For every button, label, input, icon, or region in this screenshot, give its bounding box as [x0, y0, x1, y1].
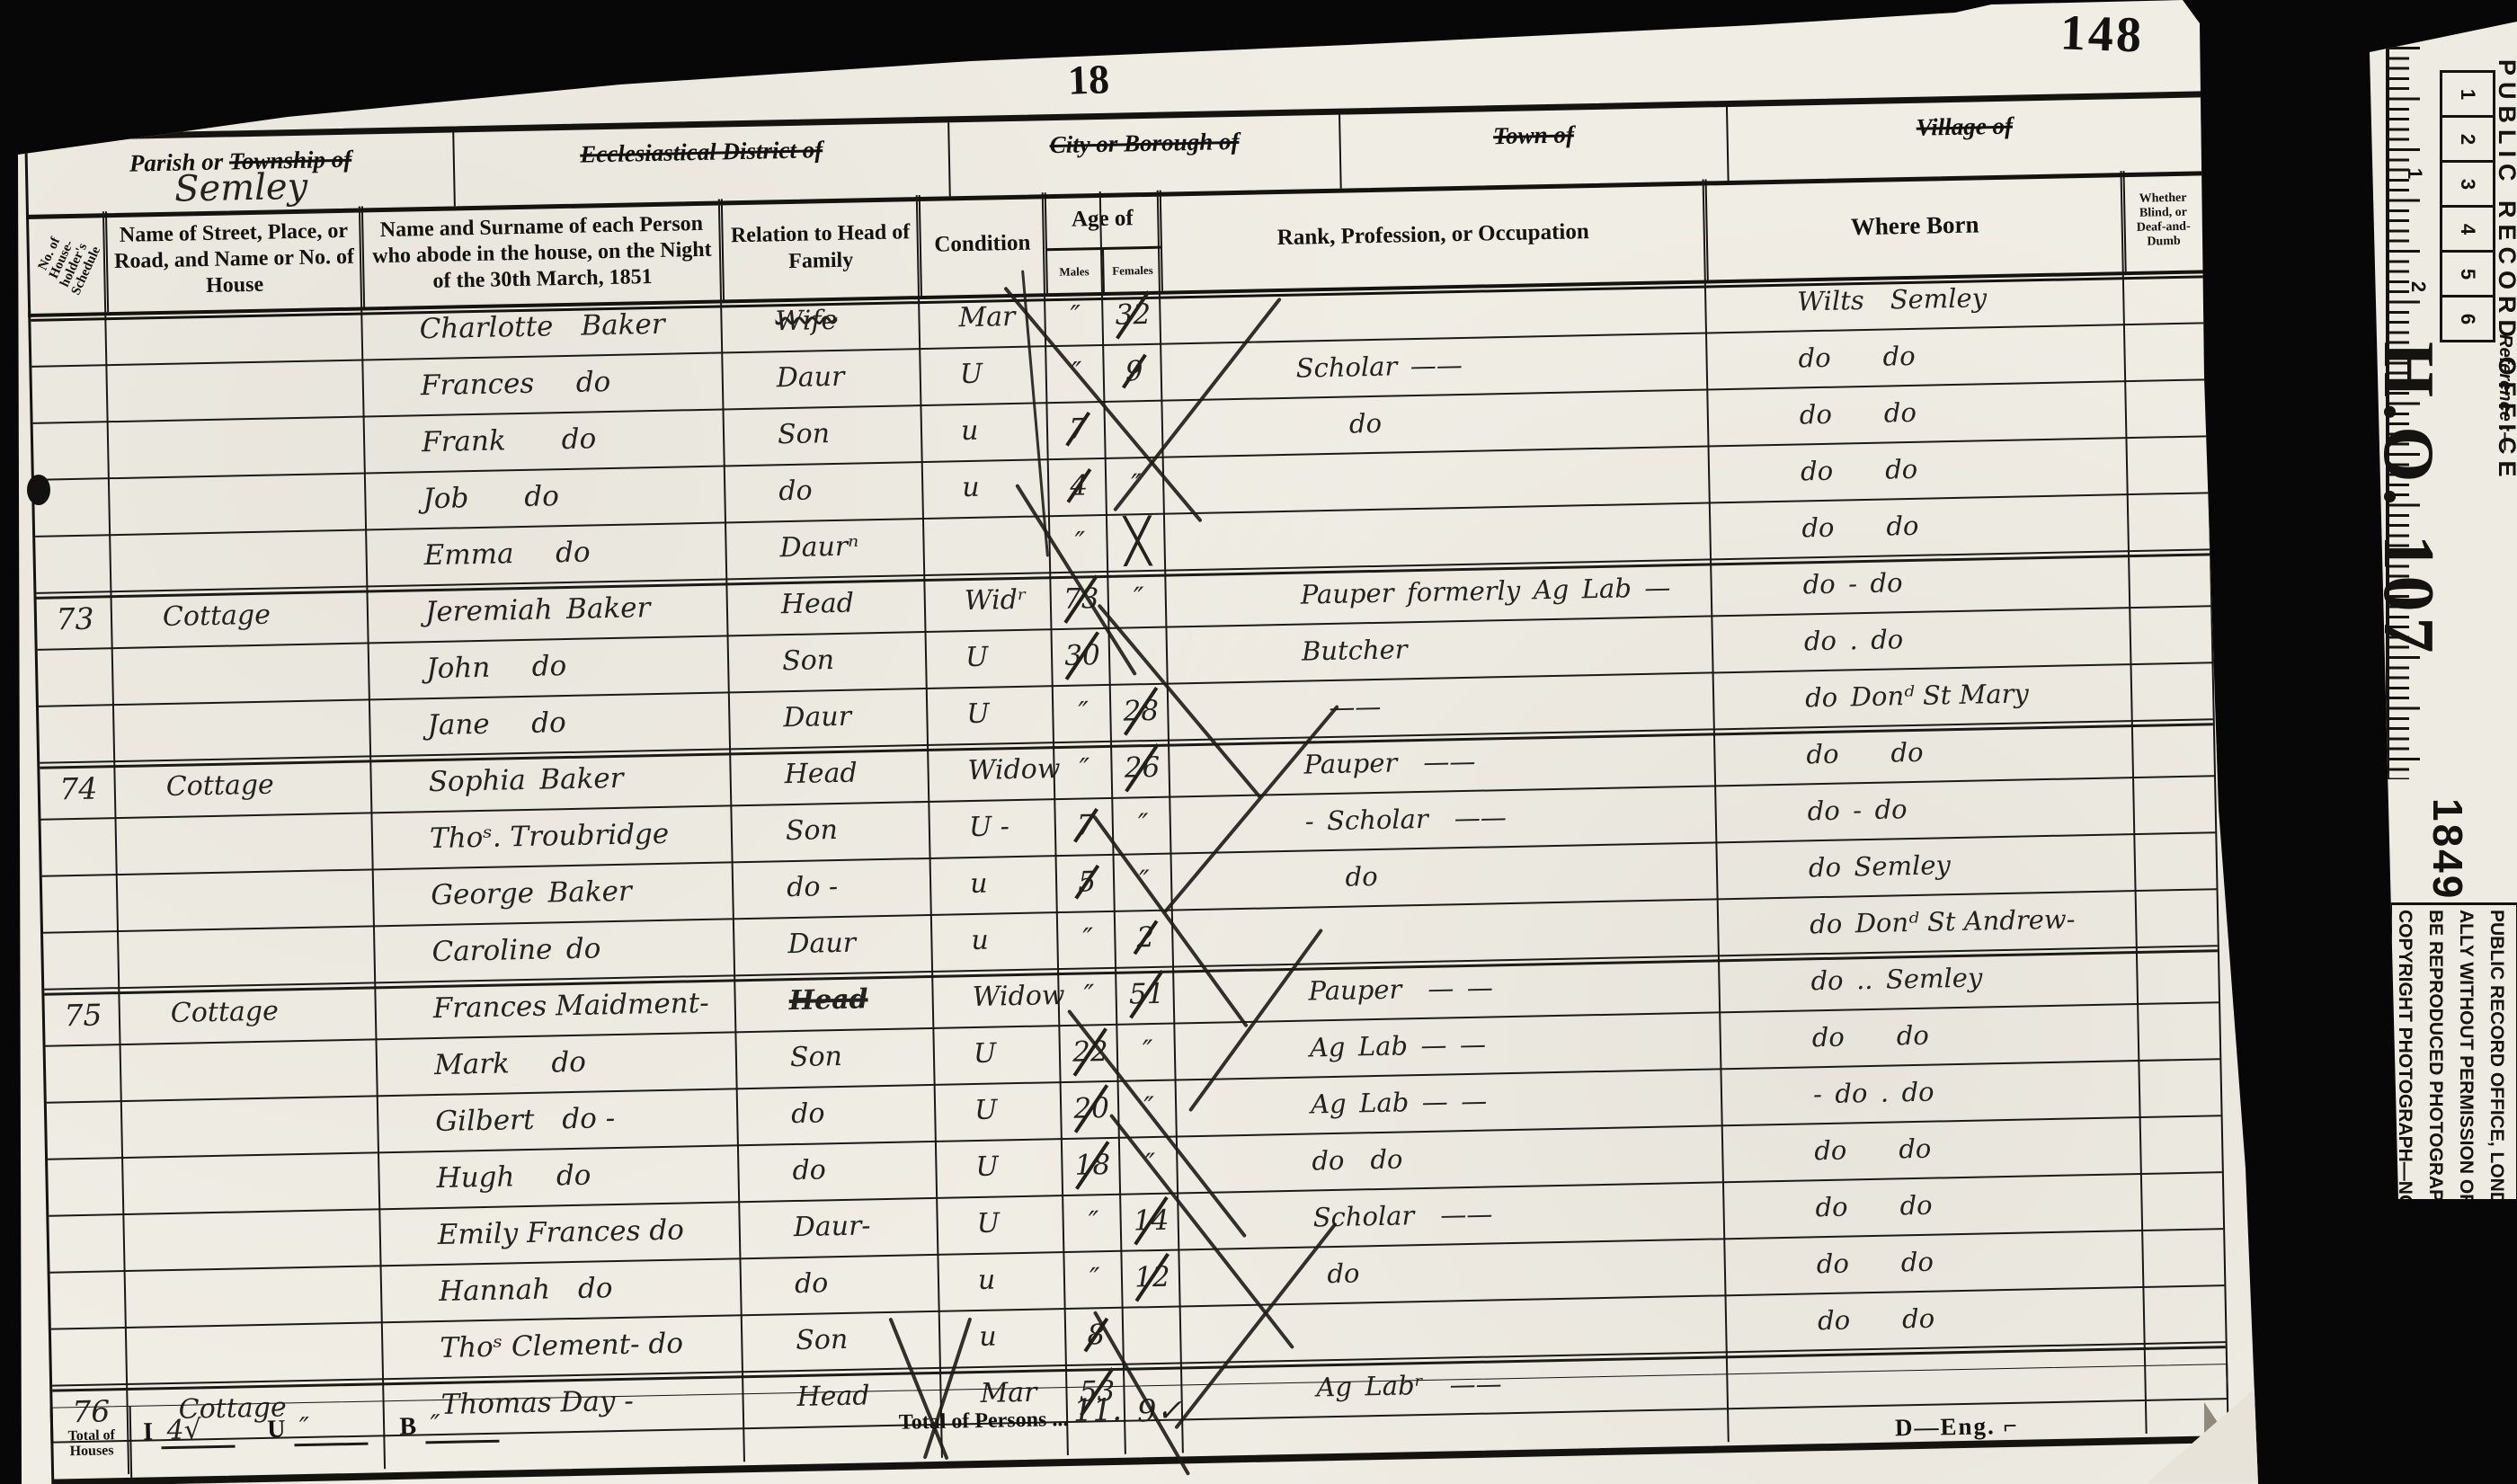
page-curl [2147, 1382, 2262, 1483]
age-males: ″ [1060, 969, 1118, 1025]
occupation: Butcher [1168, 617, 1714, 682]
person-name: Caroline do [376, 920, 736, 982]
ruler-inch-2: 2 [2406, 281, 2430, 292]
schedule-number [47, 1102, 124, 1159]
where-born: do do [1728, 1288, 2147, 1351]
relation-to-head: Son [743, 1312, 942, 1371]
pro-reference-strip: 1 2 123456 PUBLIC RECORD OFFICE Referenc… [2362, 20, 2517, 1199]
blind-deaf [2127, 380, 2205, 437]
occupation [1161, 277, 1708, 342]
age-females: 32 [1104, 289, 1162, 344]
age-males: 73 [1052, 573, 1110, 628]
schedule-number [38, 649, 115, 706]
age-males: 18 [1063, 1139, 1122, 1195]
copyright-text: PUBLIC RECORD OFFICE, LONDONALLY WITHOUT… [2389, 910, 2512, 1197]
blind-deaf [2143, 1173, 2221, 1230]
header-born: Where Born [1705, 171, 2127, 280]
person-name: Sophia Baker [372, 750, 733, 812]
house-name: Cottage [120, 983, 378, 1044]
where-born: do do [1726, 1231, 2145, 1294]
blind-deaf [2138, 890, 2216, 946]
person-name: Emily Frances do [381, 1203, 742, 1265]
building-label: B [399, 1413, 416, 1441]
relation-to-head: Son [730, 633, 929, 691]
age-males: 30 [1053, 629, 1111, 685]
occupation: Pauper formerly Ag Lab — [1167, 560, 1713, 626]
age-females: 51 [1117, 968, 1176, 1024]
house-name [110, 417, 367, 477]
where-born: do - do [1717, 778, 2136, 841]
age-males: ″ [1046, 289, 1105, 345]
occupation: Ag Lab — — [1176, 1013, 1722, 1079]
age-males: ″ [1047, 346, 1106, 402]
person-name: Frances do [364, 353, 725, 415]
house-name [123, 1097, 380, 1157]
condition: Widʳ [926, 573, 1053, 631]
header-condition: Condition [919, 192, 1048, 296]
schedule-number [35, 536, 112, 595]
condition: U [935, 1026, 1062, 1084]
house-name: Cottage [116, 757, 373, 817]
relation-to-head: Daur [724, 350, 922, 408]
schedule-number [42, 875, 120, 932]
scale-box: 5 [2440, 250, 2495, 295]
header-relation: Relation to Head of Family [721, 195, 922, 299]
region-label-struck: Ecclesiastical District of [580, 136, 823, 167]
relation-to-head: Head [728, 576, 927, 635]
schedule-number [31, 366, 109, 422]
schedule-number [34, 479, 111, 536]
reference-label: Reference :— [2495, 334, 2515, 450]
condition: U [921, 347, 1048, 404]
age-males: 4 [1050, 459, 1108, 515]
age-females: 12 [1123, 1250, 1181, 1306]
where-born: - do . do [1722, 1062, 2141, 1124]
schedule-number [41, 819, 119, 875]
age-females: ″ [1107, 458, 1166, 514]
relation-to-head: Daurⁿ [727, 520, 926, 581]
house-name [108, 360, 365, 421]
census-page: 18 148 D—Eng. ⌐ Parish or Township of Se… [0, 0, 2299, 1484]
total-persons-label: Total of Persons ... [867, 1407, 1100, 1435]
blind-deaf [2126, 324, 2204, 380]
house-name [125, 1210, 382, 1270]
blind-deaf [2139, 1003, 2218, 1060]
age-males: ″ [1055, 742, 1114, 798]
blind-deaf [2140, 1060, 2219, 1116]
person-name: George Baker [375, 863, 735, 925]
relation-to-head: Head [736, 973, 935, 1031]
condition: U [929, 687, 1055, 744]
schedule-number [51, 1328, 129, 1385]
where-born: do . do [1713, 609, 2132, 671]
where-born: do do [1708, 325, 2127, 388]
building-value: ″ [424, 1408, 499, 1444]
person-name: Mark do [378, 1033, 738, 1095]
scale-box: 4 [2440, 205, 2495, 250]
age-females [1125, 1307, 1183, 1363]
relation-to-head: do [740, 1142, 938, 1201]
schedule-number [43, 932, 120, 989]
scan-background: 18 148 D—Eng. ⌐ Parish or Township of Se… [0, 0, 2517, 1484]
house-name [127, 1266, 384, 1327]
where-born: do - do [1712, 552, 2131, 615]
person-name: Emma do [368, 523, 728, 588]
inhabited-value: 4√ [161, 1414, 236, 1450]
header-females: Females [1104, 249, 1161, 292]
schedule-number [46, 1045, 123, 1102]
header-street: Name of Street, Place, or Road, and Name… [105, 206, 365, 312]
age-males: 5 [1058, 856, 1116, 911]
occupation [1182, 1296, 1729, 1362]
condition: U - [930, 800, 1057, 858]
relation-to-head: Son [733, 803, 931, 861]
region-label-struck: Town of [1493, 120, 1574, 149]
schedule-number [48, 1159, 125, 1215]
age-females [1110, 628, 1169, 684]
occupation: —— [1170, 673, 1716, 739]
total-persons-males: 11. [1069, 1392, 1127, 1429]
scale-box: 3 [2440, 160, 2495, 205]
condition: u [933, 913, 1060, 971]
region-label-struck: Village of [1916, 112, 2013, 141]
where-born: do Donᵈ St Andrew- [1720, 892, 2139, 955]
condition: Widow [934, 970, 1061, 1027]
person-name: Thoˢ. Troubridge [373, 806, 734, 868]
blind-deaf [2139, 946, 2217, 1003]
where-born: do Donᵈ St Mary [1715, 665, 2134, 728]
house-name [120, 927, 377, 987]
relation-to-head: Son [737, 1029, 936, 1088]
blind-deaf [2131, 607, 2210, 663]
person-name: Hannah do [383, 1259, 743, 1321]
age-males: 20 [1063, 1082, 1121, 1138]
condition: U [928, 630, 1054, 688]
person-name: Gilbert do - [379, 1089, 740, 1151]
schedule-number: 73 [36, 592, 113, 649]
age-males: ″ [1064, 1195, 1123, 1251]
where-born: do do [1709, 382, 2128, 445]
region-header-cell: Parish or Township of Semley [27, 132, 456, 215]
house-name [124, 1153, 381, 1213]
ruler-inch-1: 1 [2403, 168, 2426, 179]
where-born: do Semley [1718, 835, 2137, 898]
house-name [111, 530, 369, 593]
age-females: 9 [1105, 345, 1163, 401]
where-born: do do [1724, 1118, 2143, 1181]
blind-deaf [2130, 550, 2209, 607]
relation-to-head: Daur [731, 689, 929, 748]
age-females: ″ [1116, 855, 1174, 911]
age-females: 28 [1112, 685, 1170, 741]
census-form: Parish or Township of Semley Ecclesiasti… [24, 91, 2230, 1484]
region-label-struck: City or Borough of [1049, 128, 1239, 158]
census-rows: Charlotte Baker Wife Mar ″ 32 Wilts Seml… [28, 267, 2228, 1443]
age-males: ″ [1051, 516, 1109, 574]
folio-number-top: 18 [1067, 55, 1110, 104]
occupation: Pauper —— [1170, 730, 1717, 795]
scale-box: 1 [2440, 70, 2495, 115]
folio-number-corner: 148 [2059, 4, 2145, 64]
copyright-line: BE REPRODUCED PHOTOGRAPHIC- [2420, 910, 2450, 1197]
occupation: Scholar —— [1162, 333, 1709, 399]
relation-to-head: do [742, 1256, 940, 1314]
occupation: Scholar —— [1179, 1183, 1726, 1249]
scale-box: 2 [2440, 115, 2495, 160]
schedule-number [49, 1215, 126, 1272]
house-name [128, 1323, 385, 1383]
region-header-cell: City or Borough of [949, 115, 1342, 197]
age-females: ″ [1109, 572, 1168, 627]
scale-number-boxes: 123456 [2440, 70, 2495, 342]
house-name: Cottage [112, 587, 369, 647]
header-schedule: No. of House- holder's Schedule [29, 211, 109, 314]
condition: U [937, 1083, 1063, 1141]
blind-deaf [2142, 1116, 2220, 1173]
relation-to-head: Daur [735, 916, 934, 974]
occupation: do [1180, 1240, 1727, 1305]
occupation: do do [1178, 1126, 1725, 1192]
occupation: do [1163, 390, 1710, 456]
scale-box: 6 [2440, 295, 2495, 342]
age-females: 26 [1113, 742, 1171, 797]
house-name [114, 644, 371, 704]
person-name: Charlotte Baker [363, 297, 724, 359]
schedule-number [50, 1272, 128, 1328]
occupation [1174, 900, 1721, 965]
schedule-number: 75 [44, 989, 121, 1045]
header-name: Name and Surname of each Person who abod… [361, 199, 725, 307]
relation-to-head: Wife [723, 293, 921, 351]
total-houses-value: I 4√ U ″ B ″ [143, 1408, 522, 1449]
blind-deaf [2133, 663, 2211, 720]
condition: U [938, 1140, 1064, 1197]
occupation: Ag Lab — — [1178, 1070, 1724, 1135]
where-born: do do [1716, 722, 2135, 785]
where-born: do do [1721, 1005, 2140, 1068]
copyright-line: COPYRIGHT PHOTOGRAPH—NOT TO [2389, 910, 2420, 1197]
header-males: Males [1045, 250, 1105, 293]
relation-to-head: do [726, 463, 925, 521]
class-mark: H.O. 107 [2367, 342, 2449, 658]
header-age: Age of Males Females [1045, 191, 1163, 294]
condition: Mar [921, 290, 1047, 348]
relation-to-head: Daur- [741, 1199, 939, 1257]
person-name: Thoˢ Clement- do [384, 1316, 744, 1378]
region-header-cell: Village of [1728, 97, 2202, 181]
age-males: 8 [1067, 1309, 1125, 1364]
house-name [117, 813, 374, 874]
age-males: ″ [1054, 686, 1113, 742]
house-name [111, 474, 368, 534]
occupation [1165, 447, 1712, 512]
age-females [1106, 402, 1164, 458]
age-females: 14 [1122, 1194, 1180, 1249]
schedule-number [33, 422, 111, 479]
schedule-number [39, 706, 116, 762]
age-females: ″ [1118, 1024, 1177, 1080]
condition: u [924, 460, 1051, 518]
uninhabited-label: U [267, 1415, 286, 1443]
house-name [107, 304, 364, 364]
where-born: do do [1725, 1175, 2144, 1238]
region-header-cell: Ecclesiastical District of [455, 122, 951, 206]
blind-deaf [2128, 437, 2206, 493]
person-name: Jeremiah Baker [369, 580, 729, 642]
person-name: Hugh do [380, 1146, 741, 1208]
condition [925, 517, 1052, 577]
copyright-line: ALLY WITHOUT PERMISSION OF THE [2450, 910, 2481, 1197]
house-name [119, 870, 376, 930]
person-name: Frances Maidment- [377, 976, 737, 1038]
blind-deaf [2144, 1230, 2222, 1286]
condition: u [922, 404, 1049, 461]
blind-deaf [2136, 833, 2214, 890]
blind-deaf [2145, 1286, 2223, 1343]
occupation: do [1173, 843, 1720, 909]
blind-deaf [2135, 777, 2213, 833]
age-females: ″ [1114, 798, 1172, 854]
header-blind: Whether Blind, or Deaf-and-Dumb [2122, 169, 2203, 271]
blind-deaf [2125, 267, 2203, 324]
where-born: do do [1712, 495, 2130, 561]
condition: u [939, 1253, 1066, 1311]
person-name: Frank do [366, 410, 726, 472]
condition: Widow [929, 743, 1056, 801]
header-age-of: Age of [1045, 191, 1161, 252]
relation-to-head: Head [732, 746, 930, 804]
age-females: 2 [1116, 911, 1175, 967]
copyright-line: PUBLIC RECORD OFFICE, LONDON [2481, 910, 2512, 1197]
age-females: ″ [1120, 1080, 1178, 1136]
where-born: do .. Semley [1721, 948, 2139, 1011]
relation-to-head: Son [725, 406, 924, 465]
total-persons-females: 9✓ [1128, 1392, 1192, 1429]
inhabited-label: I [143, 1417, 154, 1445]
uninhabited-value: ″ [294, 1411, 369, 1447]
condition: u [932, 857, 1059, 914]
relation-to-head: do - [734, 859, 933, 918]
house-name [115, 700, 372, 760]
age-males: 22 [1061, 1026, 1119, 1081]
blind-deaf [2134, 720, 2212, 777]
age-males: 7 [1048, 403, 1107, 458]
schedule-number [31, 309, 108, 366]
age-males: ″ [1065, 1252, 1124, 1308]
person-name: John do [370, 636, 731, 698]
age-males: 7 [1056, 799, 1115, 855]
region-header-cell: Town of [1340, 107, 1729, 189]
relation-to-head: do [739, 1086, 938, 1144]
where-born: do do [1711, 439, 2130, 502]
total-houses-label: Total of Houses [53, 1407, 133, 1480]
schedule-number: 74 [40, 762, 117, 819]
age-males: ″ [1059, 912, 1117, 968]
condition: U [938, 1196, 1065, 1254]
occupation: Pauper — — [1175, 956, 1721, 1022]
condition: u [941, 1310, 1068, 1367]
house-name [122, 1040, 379, 1100]
where-born: Wilts Semley [1707, 269, 2126, 332]
age-females: ″ [1121, 1137, 1179, 1193]
header-occupation: Rank, Profession, or Occupation [1160, 179, 1709, 290]
piece-mark: 1849 [2424, 798, 2472, 901]
age-females: ╳ [1108, 515, 1167, 573]
blind-deaf [2130, 493, 2208, 553]
person-name: Jane do [371, 693, 732, 755]
occupation: - Scholar —— [1171, 786, 1718, 852]
person-name: Job do [367, 467, 727, 529]
